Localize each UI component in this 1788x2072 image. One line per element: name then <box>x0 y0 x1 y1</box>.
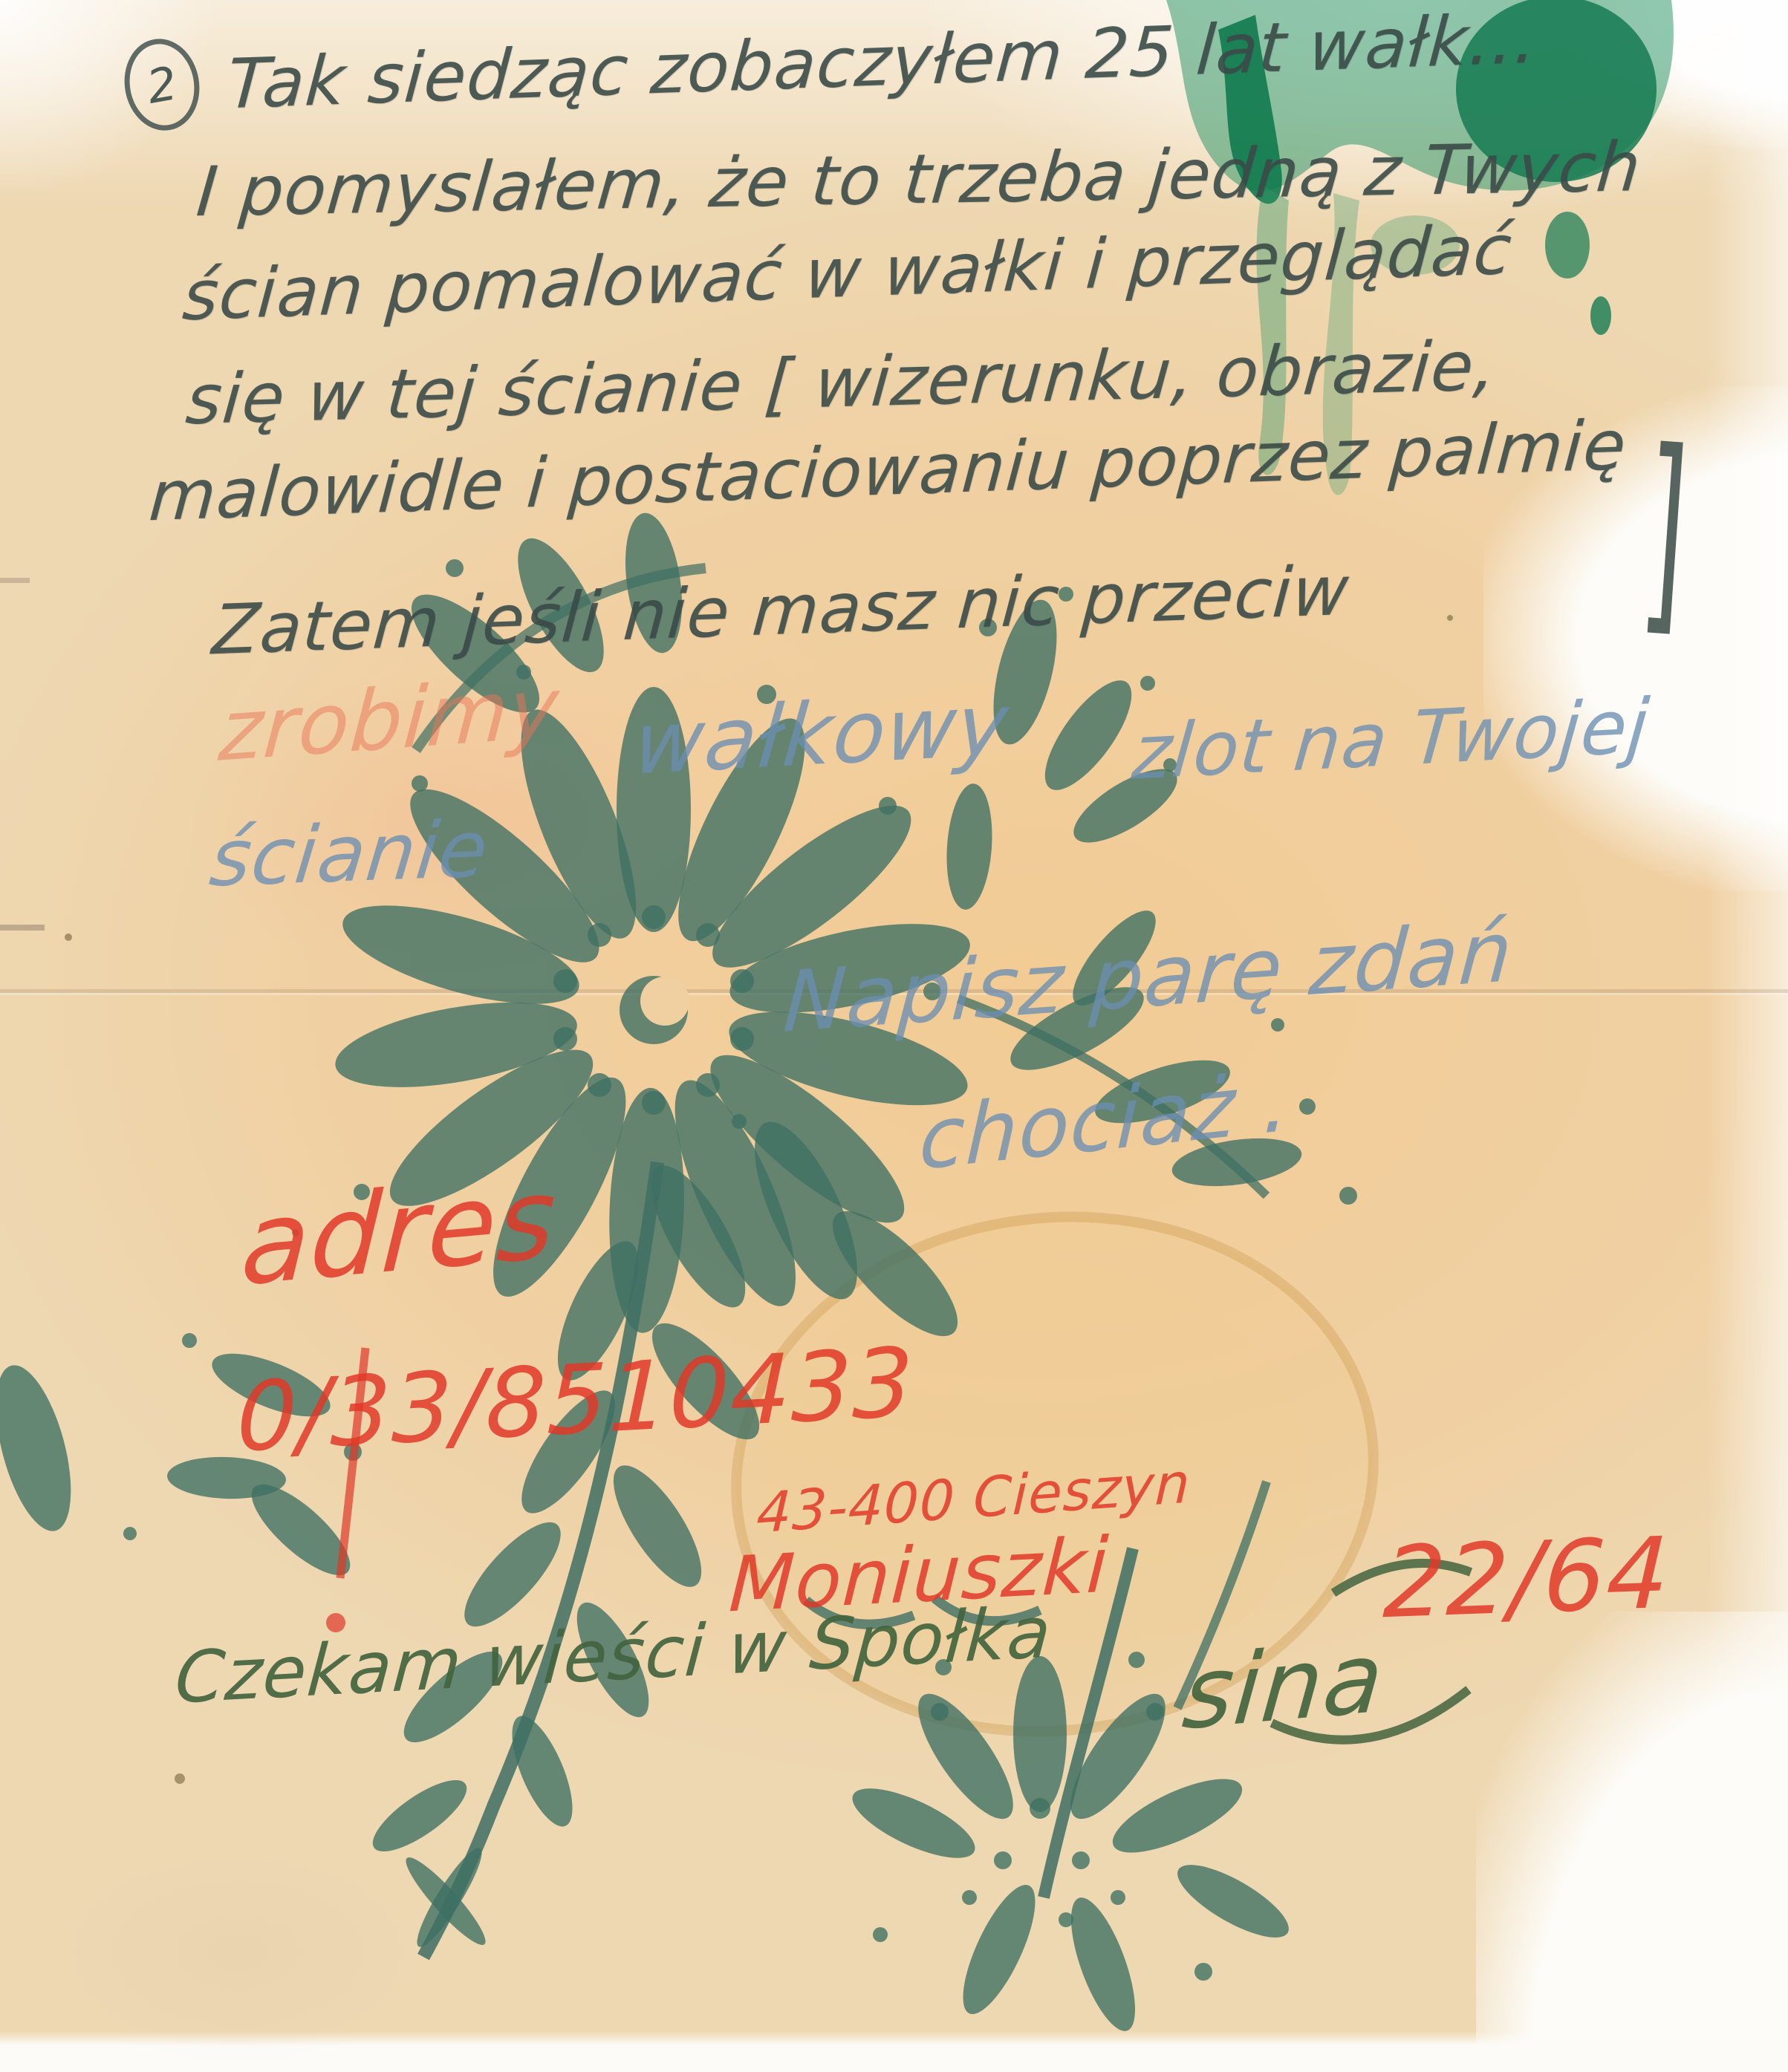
pencil-line-1: Tak siedząc zobaczyłem 25 lat wałk… <box>224 0 1540 124</box>
paper-bottom-edge <box>0 2031 1788 2072</box>
blue-pencil-line-2: zlot na Twojej <box>1129 682 1653 797</box>
red-pencil-line-1: zrobimy <box>216 659 562 781</box>
paper-blush <box>45 1842 431 2065</box>
pencil-line-6: Zatem jeśli nie masz nic przeciw <box>209 551 1351 671</box>
pencil-line-3: ścian pomalować w wałki i przeglądać <box>180 210 1515 336</box>
blue-pencil-line-4: Napisz parę zdań <box>781 903 1516 1052</box>
bleached-corner-bottom-right <box>1476 1612 1788 2072</box>
bleached-right-edge <box>1706 0 1788 2072</box>
green-pen-signature: sina <box>1179 1620 1388 1751</box>
page-number-mark: 2 <box>117 33 207 136</box>
green-pen-line-1: Czekam wieści w Społka <box>172 1592 1054 1719</box>
blue-pencil-line-5: chociaż . <box>917 1053 1291 1190</box>
red-marker-house-number: 22/64 <box>1382 1516 1672 1641</box>
red-marker-phone: 0/33/8510433 <box>235 1327 914 1473</box>
red-marker-adres: adres <box>238 1153 559 1311</box>
closing-bracket: ] <box>1635 405 1694 657</box>
bleached-corner-top-right <box>1565 0 1788 149</box>
blue-pencil-line-1: wałkowy <box>630 675 1012 795</box>
letter-scan: 2 Tak siedząc zobaczyłem 25 lat wałk… I … <box>0 0 1788 2072</box>
blue-pencil-line-3: ścianie <box>206 804 492 905</box>
